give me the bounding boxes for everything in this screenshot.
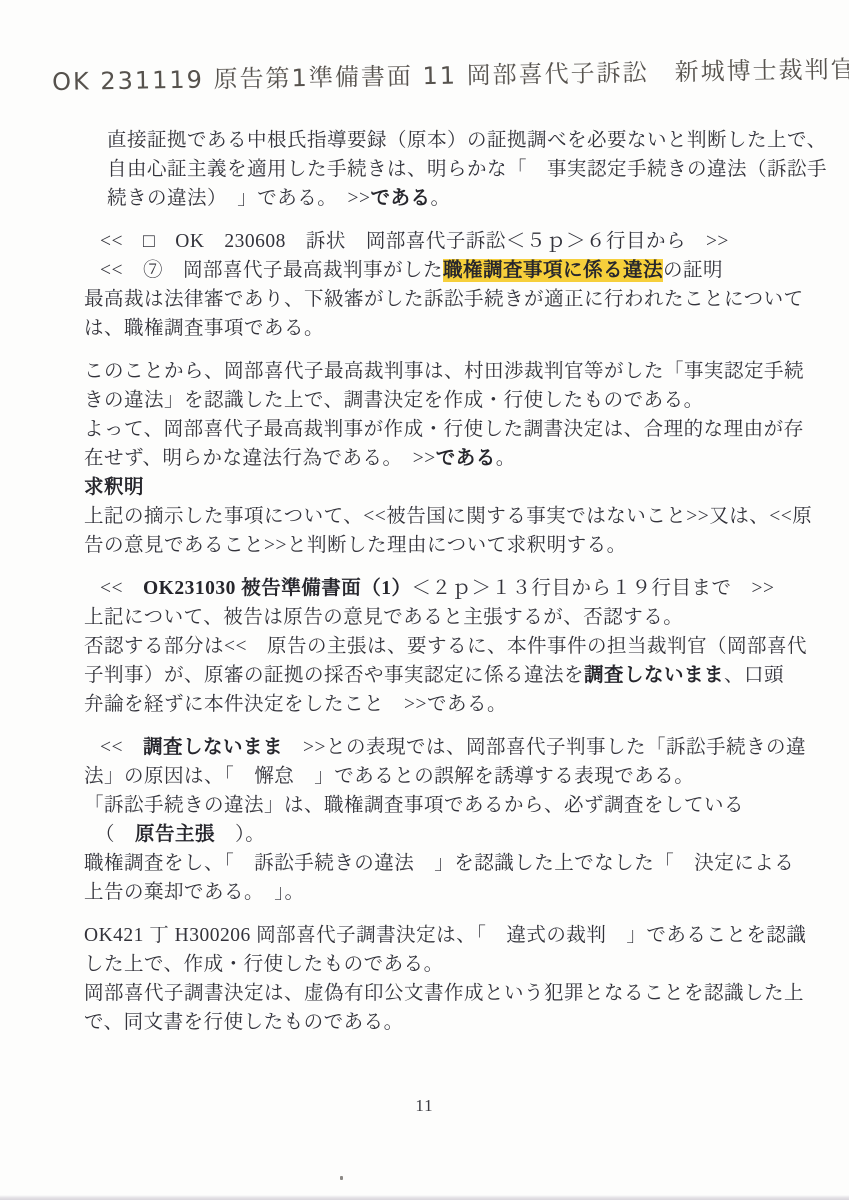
- paragraph: << OK231030 被告準備書面（1）＜２ｐ＞１３行目から１９行目まで >>…: [84, 574, 794, 719]
- text-run: 直接証拠である中根氏指導要録（原本）の証拠調べを必要ないと判断した上で、: [107, 130, 827, 151]
- text-line: << □ OK 230608 訴状 岡部喜代子訴訟＜５ｐ＞６行目から >>: [84, 227, 794, 256]
- text-run: <<: [100, 737, 143, 758]
- text-line: 子判事）が、原審の証拠の採否や事実認定に係る違法を調査しないまま、口頭: [84, 661, 794, 690]
- scan-artifact-speck: [340, 1176, 343, 1180]
- text-line: 上記について、被告は原告の意見であると主張するが、否認する。: [84, 603, 794, 632]
- text-run: 上記の摘示した事項について、<<被告国に関する事実ではないこと>>又は、<<原: [84, 506, 812, 527]
- paragraph: OK421 丁 H300206 岡部喜代子調書決定は、「 違式の裁判 」であるこ…: [84, 921, 794, 1037]
- text-run: である: [436, 448, 496, 469]
- text-run: 弁論を経ずに本件決定をしたこと >>である。: [84, 694, 507, 715]
- text-run: 職権調査をし、「 訴訟手続きの違法 」を認識した上でなした「 決定による: [84, 853, 794, 874]
- text-run: 子判事）が、原審の証拠の採否や事実認定に係る違法を: [84, 665, 584, 686]
- text-run: 否認する部分は<< 原告の主張は、要するに、本件事件の担当裁判官（岡部喜代: [84, 636, 807, 657]
- text-line: 続きの違法） 」である。 >>である。: [107, 184, 794, 213]
- text-run: 「訴訟手続きの違法」は、職権調査事項であるから、必ず調査をしている: [84, 795, 744, 816]
- text-run: << ⑦ 岡部喜代子最高裁判事がした: [100, 260, 443, 281]
- paragraph: << 調査しないまま >>との表現では、岡部喜代子判事した「訴訟手続きの違法」の…: [84, 733, 794, 907]
- document-body: 直接証拠である中根氏指導要録（原本）の証拠調べを必要ないと判断した上で、自由心証…: [84, 126, 794, 1051]
- text-run: 調査しないまま: [584, 665, 724, 686]
- text-line: 職権調査をし、「 訴訟手続きの違法 」を認識した上でなした「 決定による: [84, 849, 794, 878]
- text-run: で、同文書を行使したものである。: [84, 1012, 404, 1033]
- text-line: 告の意見であること>>と判断した理由について求釈明する。: [84, 531, 794, 560]
- text-run: 調査しないまま: [143, 737, 283, 758]
- text-line: << 調査しないまま >>との表現では、岡部喜代子判事した「訴訟手続きの違: [84, 733, 794, 762]
- text-run: >>との表現では、岡部喜代子判事した「訴訟手続きの違: [283, 737, 806, 758]
- handwritten-annotation: OK 231119 原告第1準備書面 11 岡部喜代子訴訟 新城博士裁判官: [52, 50, 812, 97]
- text-run: 法」の原因は、「 懈怠 」であるとの誤解を誘導する表現である。: [84, 766, 694, 787]
- text-run: 、口頭: [724, 665, 784, 686]
- page-number: 11: [0, 1096, 849, 1116]
- text-line: よって、岡部喜代子最高裁判事が作成・行使した調書決定は、合理的な理由が存: [84, 415, 794, 444]
- scan-bottom-edge: [0, 1195, 849, 1200]
- text-run: よって、岡部喜代子最高裁判事が作成・行使した調書決定は、合理的な理由が存: [84, 419, 804, 440]
- text-run: 最高裁は法律審であり、下級審がした訴訟手続きが適正に行われたことについて: [84, 289, 804, 310]
- text-run: このことから、岡部喜代子最高裁判事は、村田渉裁判官等がした「事実認定手続: [84, 361, 804, 382]
- text-line: 法」の原因は、「 懈怠 」であるとの誤解を誘導する表現である。: [84, 762, 794, 791]
- text-run: 原告主張: [135, 824, 215, 845]
- text-run: << □ OK 230608 訴状 岡部喜代子訴訟＜５ｐ＞６行目から >>: [100, 231, 729, 252]
- text-run: である: [371, 188, 431, 209]
- text-line: << ⑦ 岡部喜代子最高裁判事がした職権調査事項に係る違法の証明: [84, 256, 794, 285]
- text-run: 在せず、明らかな違法行為である。 >>: [84, 448, 436, 469]
- text-run: 上記について、被告は原告の意見であると主張するが、否認する。: [84, 607, 683, 628]
- text-line: きの違法」を認識した上で、調書決定を作成・行使したものである。: [84, 386, 794, 415]
- paragraph: << □ OK 230608 訴状 岡部喜代子訴訟＜５ｐ＞６行目から >><< …: [84, 227, 794, 343]
- text-run: 上告の棄却である。 」。: [84, 882, 305, 903]
- text-line: 上記の摘示した事項について、<<被告国に関する事実ではないこと>>又は、<<原: [84, 502, 794, 531]
- text-line: した上で、作成・行使したものである。: [84, 950, 794, 979]
- highlighted-text-run: 職権調査事項に係る違法: [443, 259, 663, 282]
- text-line: 在せず、明らかな違法行為である。 >>である。: [84, 444, 794, 473]
- text-line: 最高裁は法律審であり、下級審がした訴訟手続きが適正に行われたことについて: [84, 285, 794, 314]
- text-run: は、職権調査事項である。: [84, 318, 324, 339]
- text-line: このことから、岡部喜代子最高裁判事は、村田渉裁判官等がした「事実認定手続: [84, 357, 794, 386]
- scanned-document-page: OK 231119 原告第1準備書面 11 岡部喜代子訴訟 新城博士裁判官 直接…: [0, 0, 849, 1200]
- text-run: 自由心証主義を適用した手続きは、明らかな「 事実認定手続きの違法（訴訟手: [107, 159, 827, 180]
- text-line: 上告の棄却である。 」。: [84, 878, 794, 907]
- text-line: （ 原告主張 ）。: [84, 820, 794, 849]
- text-run: 告の意見であること>>と判断した理由について求釈明する。: [84, 535, 627, 556]
- text-line: OK421 丁 H300206 岡部喜代子調書決定は、「 違式の裁判 」であるこ…: [84, 921, 794, 950]
- text-run: 続きの違法） 」である。 >>: [107, 188, 371, 209]
- text-line: 岡部喜代子調書決定は、虚偽有印公文書作成という犯罪となることを認識した上: [84, 979, 794, 1008]
- paragraph: このことから、岡部喜代子最高裁判事は、村田渉裁判官等がした「事実認定手続きの違法…: [84, 357, 794, 560]
- text-run: の証明: [663, 260, 723, 281]
- text-line: は、職権調査事項である。: [84, 314, 794, 343]
- text-run: OK231030 被告準備書面（1）: [143, 578, 411, 599]
- text-run: ）。: [215, 824, 265, 845]
- text-run: ＜２ｐ＞１３行目から１９行目まで >>: [411, 578, 774, 599]
- text-line: 自由心証主義を適用した手続きは、明らかな「 事実認定手続きの違法（訴訟手: [107, 155, 794, 184]
- text-run: 岡部喜代子調書決定は、虚偽有印公文書作成という犯罪となることを認識した上: [84, 983, 804, 1004]
- text-run: きの違法」を認識した上で、調書決定を作成・行使したものである。: [84, 390, 704, 411]
- text-run: した上で、作成・行使したものである。: [84, 954, 444, 975]
- text-line: 弁論を経ずに本件決定をしたこと >>である。: [84, 690, 794, 719]
- text-run: 。: [431, 188, 451, 209]
- text-line: 求釈明: [84, 473, 794, 502]
- text-run: 求釈明: [84, 477, 144, 498]
- text-line: 否認する部分は<< 原告の主張は、要するに、本件事件の担当裁判官（岡部喜代: [84, 632, 794, 661]
- text-line: 直接証拠である中根氏指導要録（原本）の証拠調べを必要ないと判断した上で、: [107, 126, 794, 155]
- text-run: <<: [100, 578, 143, 599]
- text-run: 。: [496, 448, 516, 469]
- text-line: << OK231030 被告準備書面（1）＜２ｐ＞１３行目から１９行目まで >>: [84, 574, 794, 603]
- text-line: 「訴訟手続きの違法」は、職権調査事項であるから、必ず調査をしている: [84, 791, 794, 820]
- text-run: OK421 丁 H300206 岡部喜代子調書決定は、「 違式の裁判 」であるこ…: [84, 925, 806, 946]
- paragraph: 直接証拠である中根氏指導要録（原本）の証拠調べを必要ないと判断した上で、自由心証…: [84, 126, 794, 213]
- text-run: （: [95, 824, 135, 845]
- text-line: で、同文書を行使したものである。: [84, 1008, 794, 1037]
